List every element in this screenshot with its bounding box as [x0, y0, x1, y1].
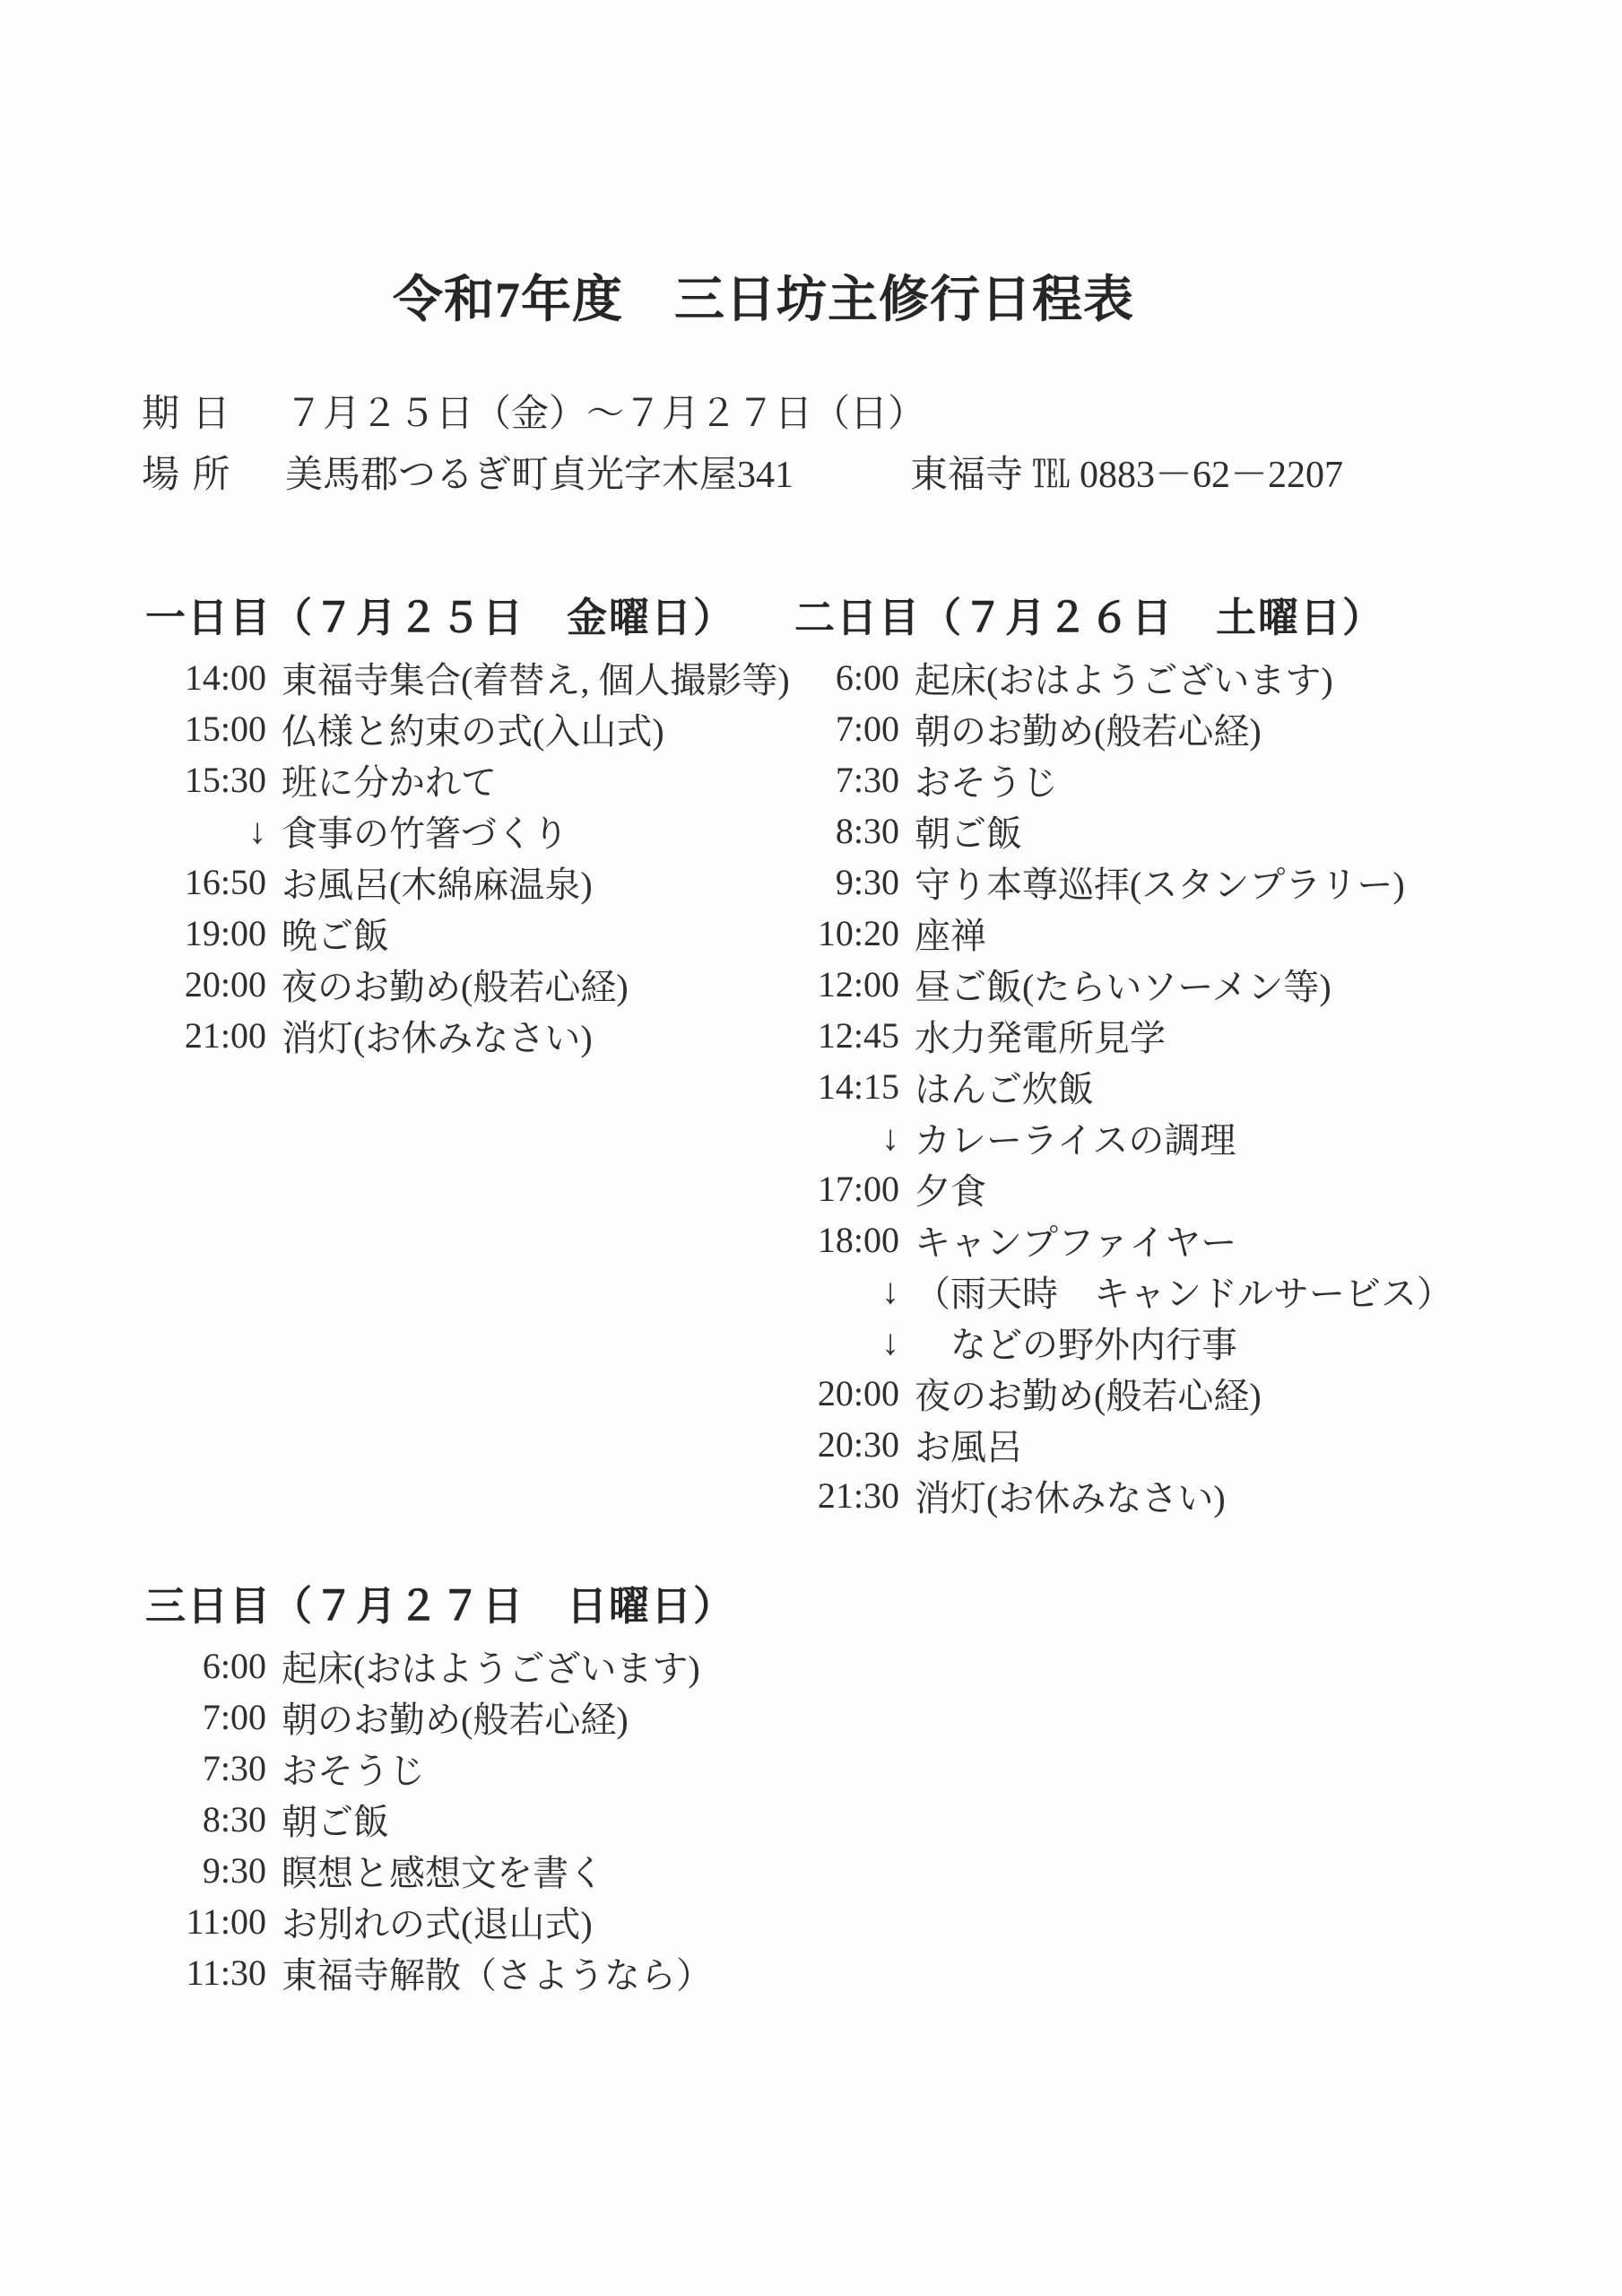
day1-schedule: 一日目（７月２５日 金曜日） 14:00東福寺集合(着替え, 個人撮影等)15:…: [145, 595, 827, 1061]
schedule-activity: キャンプファイヤー: [915, 1214, 1236, 1265]
schedule-row: ↓ などの野外内行事: [794, 1317, 1503, 1368]
date-value: ７月２５日（金）～７月２７日（日）: [285, 384, 925, 438]
schedule-time: 20:00: [145, 963, 266, 1005]
down-arrow-icon: ↓: [794, 1117, 899, 1159]
schedule-time: 21:30: [794, 1474, 899, 1517]
schedule-activity: 東福寺集合(着替え, 個人撮影等): [282, 652, 790, 703]
schedule-time: 6:00: [145, 1645, 266, 1687]
schedule-row: 15:00仏様と約束の式(入山式): [145, 703, 827, 754]
schedule-time: 11:00: [145, 1900, 266, 1943]
schedule-activity: （雨天時 キャンドルサービス）: [915, 1265, 1453, 1317]
schedule-row: 21:00消灯(お休みなさい): [145, 1010, 827, 1061]
schedule-activity: おそうじ: [915, 754, 1058, 805]
schedule-activity: 水力発電所見学: [915, 1010, 1166, 1061]
schedule-activity: 起床(おはようございます): [282, 1640, 700, 1692]
schedule-row: 16:50お風呂(木綿麻温泉): [145, 857, 827, 908]
schedule-time: 7:00: [145, 1696, 266, 1738]
schedule-activity: 晩ご飯: [282, 908, 389, 959]
schedule-activity: 瞑想と感想文を書く: [282, 1845, 604, 1896]
schedule-row: 7:00朝のお勤め(般若心経): [145, 1692, 827, 1743]
down-arrow-icon: ↓: [794, 1321, 899, 1363]
schedule-row: 7:00朝のお勤め(般若心経): [794, 703, 1503, 754]
schedule-row: 20:00夜のお勤め(般若心経): [145, 959, 827, 1010]
place-address: 美馬郡つるぎ町貞光字木屋341: [285, 445, 910, 499]
schedule-row: 7:30おそうじ: [145, 1743, 827, 1794]
schedule-activity: お別れの式(退山式): [282, 1896, 593, 1947]
schedule-time: 19:00: [145, 912, 266, 954]
schedule-row: 14:15はんご炊飯: [794, 1061, 1503, 1112]
day-rows: 6:00起床(おはようございます)7:00朝のお勤め(般若心経)7:30おそうじ…: [794, 652, 1503, 1521]
schedule-time: 12:45: [794, 1014, 899, 1057]
schedule-activity: 消灯(お休みなさい): [282, 1010, 593, 1061]
place-row: 場 所 美馬郡つるぎ町貞光字木屋341 東福寺 ℡ 0883－62－2207: [142, 441, 1343, 502]
schedule-activity: 夜のお勤め(般若心経): [282, 959, 629, 1010]
schedule-row: 6:00起床(おはようございます): [145, 1640, 827, 1692]
schedule-time: 7:30: [794, 759, 899, 801]
schedule-row: 10:20座禅: [794, 908, 1503, 959]
schedule-activity: 東福寺解散（さようなら）: [282, 1947, 712, 1998]
schedule-time: 7:30: [145, 1747, 266, 1789]
schedule-time: 21:00: [145, 1014, 266, 1057]
place-label: 場 所: [142, 445, 285, 499]
day3-schedule: 三日目（７月２７日 日曜日） 6:00起床(おはようございます)7:00朝のお勤…: [145, 1583, 827, 1998]
schedule-time: 12:00: [794, 963, 899, 1005]
schedule-time: 17:00: [794, 1168, 899, 1210]
schedule-activity: などの野外内行事: [915, 1317, 1237, 1368]
schedule-row: 20:30お風呂: [794, 1419, 1503, 1470]
schedule-activity: 朝のお勤め(般若心経): [282, 1692, 629, 1743]
schedule-time: 14:00: [145, 657, 266, 699]
page-title: 令和7年度 三日坊主修行日程表: [393, 271, 1134, 331]
schedule-time: 20:00: [794, 1372, 899, 1414]
schedule-row: 18:00キャンプファイヤー: [794, 1214, 1503, 1265]
date-row: 期 日 ７月２５日（金）～７月２７日（日）: [142, 380, 1343, 441]
schedule-row: 8:30朝ご飯: [145, 1794, 827, 1845]
schedule-activity: 起床(おはようございます): [915, 652, 1333, 703]
schedule-time: 15:30: [145, 759, 266, 801]
schedule-row: 11:30東福寺解散（さようなら）: [145, 1947, 827, 1998]
schedule-time: 15:00: [145, 708, 266, 750]
schedule-row: 12:00昼ご飯(たらいソーメン等): [794, 959, 1503, 1010]
day-rows: 6:00起床(おはようございます)7:00朝のお勤め(般若心経)7:30おそうじ…: [145, 1640, 827, 1998]
schedule-activity: 朝ご飯: [282, 1794, 389, 1845]
schedule-activity: 守り本尊巡拝(スタンプラリー): [915, 857, 1405, 908]
schedule-document: 令和7年度 三日坊主修行日程表 期 日 ７月２５日（金）～７月２７日（日） 場 …: [0, 0, 1622, 2296]
day-rows: 14:00東福寺集合(着替え, 個人撮影等)15:00仏様と約束の式(入山式)1…: [145, 652, 827, 1061]
schedule-row: 19:00晩ご飯: [145, 908, 827, 959]
schedule-row: 8:30朝ご飯: [794, 805, 1503, 857]
schedule-time: 6:00: [794, 657, 899, 699]
schedule-row: 15:30班に分かれて: [145, 754, 827, 805]
schedule-activity: 夜のお勤め(般若心経): [915, 1368, 1262, 1419]
schedule-activity: 食事の竹箸づくり: [282, 805, 568, 857]
schedule-activity: 夕食: [915, 1163, 986, 1214]
schedule-activity: 朝ご飯: [915, 805, 1022, 857]
schedule-activity: 仏様と約束の式(入山式): [282, 703, 664, 754]
schedule-activity: カレーライスの調理: [915, 1112, 1236, 1163]
schedule-activity: お風呂: [915, 1419, 1022, 1470]
schedule-row: 7:30おそうじ: [794, 754, 1503, 805]
schedule-time: 8:30: [794, 810, 899, 852]
schedule-row: 14:00東福寺集合(着替え, 個人撮影等): [145, 652, 827, 703]
date-label: 期 日: [142, 384, 285, 438]
schedule-row: 9:30瞑想と感想文を書く: [145, 1845, 827, 1896]
schedule-row: ↓（雨天時 キャンドルサービス）: [794, 1265, 1503, 1317]
schedule-time: 8:30: [145, 1798, 266, 1840]
schedule-activity: 昼ご飯(たらいソーメン等): [915, 959, 1331, 1010]
schedule-activity: おそうじ: [282, 1743, 425, 1794]
schedule-row: 12:45水力発電所見学: [794, 1010, 1503, 1061]
down-arrow-icon: ↓: [145, 810, 266, 852]
schedule-time: 16:50: [145, 861, 266, 903]
down-arrow-icon: ↓: [794, 1270, 899, 1312]
schedule-time: 20:30: [794, 1423, 899, 1465]
schedule-row: 11:00お別れの式(退山式): [145, 1896, 827, 1947]
schedule-activity: 座禅: [915, 908, 986, 959]
schedule-activity: 朝のお勤め(般若心経): [915, 703, 1262, 754]
schedule-row: 17:00夕食: [794, 1163, 1503, 1214]
schedule-row: ↓食事の竹箸づくり: [145, 805, 827, 857]
day2-schedule: 二日目（７月２６日 土曜日） 6:00起床(おはようございます)7:00朝のお勤…: [794, 595, 1503, 1521]
day-header: 三日目（７月２７日 日曜日）: [145, 1583, 827, 1630]
schedule-row: 20:00夜のお勤め(般若心経): [794, 1368, 1503, 1419]
info-block: 期 日 ７月２５日（金）～７月２７日（日） 場 所 美馬郡つるぎ町貞光字木屋34…: [142, 380, 1343, 502]
schedule-time: 14:15: [794, 1065, 899, 1108]
schedule-row: 9:30守り本尊巡拝(スタンプラリー): [794, 857, 1503, 908]
schedule-activity: はんご炊飯: [915, 1061, 1094, 1112]
schedule-time: 7:00: [794, 708, 899, 750]
schedule-time: 18:00: [794, 1219, 899, 1261]
day-header: 二日目（７月２６日 土曜日）: [794, 595, 1503, 641]
schedule-row: 6:00起床(おはようございます): [794, 652, 1503, 703]
schedule-row: ↓カレーライスの調理: [794, 1112, 1503, 1163]
schedule-activity: お風呂(木綿麻温泉): [282, 857, 593, 908]
day-header: 一日目（７月２５日 金曜日）: [145, 595, 827, 641]
schedule-time: 9:30: [794, 861, 899, 903]
schedule-activity: 班に分かれて: [282, 754, 497, 805]
schedule-activity: 消灯(お休みなさい): [915, 1470, 1226, 1521]
schedule-time: 9:30: [145, 1849, 266, 1892]
schedule-time: 11:30: [145, 1952, 266, 1994]
schedule-row: 21:30消灯(お休みなさい): [794, 1470, 1503, 1521]
schedule-time: 10:20: [794, 912, 899, 954]
place-temple-tel: 東福寺 ℡ 0883－62－2207: [910, 445, 1343, 499]
